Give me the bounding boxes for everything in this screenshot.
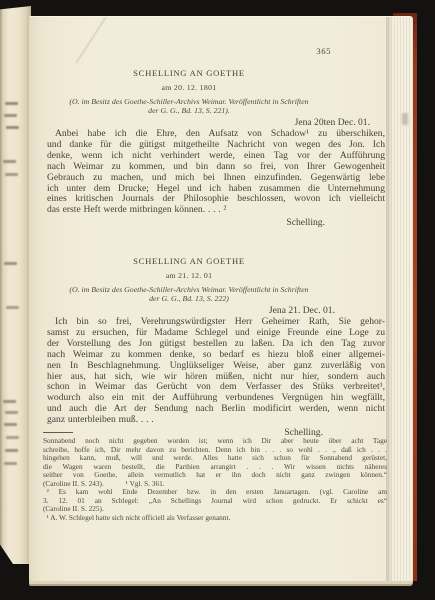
source-note-line: (O. im Besitz des Goethe-Schiller-Archiv… (47, 285, 331, 295)
letter-1-date-heading: am 20. 12. 1801 (47, 83, 331, 92)
letter-2-place-date: Jena 21. Dec. 01. (47, 305, 385, 316)
letter-1-place-date: Jena 20ten Dec. 01. (47, 117, 385, 128)
source-note-line: (O. im Besitz des Goethe-Schiller-Archiv… (47, 97, 331, 107)
letter-1-body: Anbei habe ich die Ehre, den Aufsatz von… (47, 129, 385, 216)
footnotes-block: Sonnabend noch nicht gegeben worden ist;… (43, 437, 387, 522)
source-note-line: der G. G., Bd. 13, S. 221). (47, 106, 331, 116)
body-line: nach Weimar zu kommen denke, so bedarf e… (47, 350, 385, 361)
letter-2-body: Ich bin so frei, Verehrungswürdigster He… (47, 317, 385, 426)
letter-2-date-heading: am 21. 12. 01 (47, 271, 331, 280)
footnote-line: ¹ A. W. Schlegel hatte sich nicht offici… (43, 514, 387, 523)
letter-2-heading: SCHELLING AN GOETHE (47, 256, 331, 266)
body-line: Gebrauch zu machen, und mich bei Ihnen e… (47, 173, 385, 184)
letter-2-source-note: (O. im Besitz des Goethe-Schiller-Archiv… (47, 285, 331, 304)
footnote-separator-rule (43, 432, 73, 433)
body-line: nach Weimar zu kommen, und bin dann so f… (47, 162, 385, 173)
letter-2-header: SCHELLING AN GOETHE am 21. 12. 01 (O. im… (47, 256, 331, 304)
book-page: 365 SCHELLING AN GOETHE am 20. 12. 1801 … (29, 17, 413, 581)
edge-text-marks (5, 102, 18, 105)
page-fore-edge (386, 17, 413, 581)
letter-1-header: SCHELLING AN GOETHE am 20. 12. 1801 (O. … (47, 68, 331, 116)
left-page-edge (0, 6, 31, 564)
letter-1-signature: Schelling. (47, 217, 385, 228)
body-line: nen In Beschlagnehmung. Unglükseliger We… (47, 361, 385, 372)
letter-1-heading: SCHELLING AN GOETHE (47, 68, 331, 78)
fore-edge-smudge (402, 113, 408, 125)
page-crease (75, 17, 107, 63)
letter-1-source-note: (O. im Besitz des Goethe-Schiller-Archiv… (47, 97, 331, 116)
body-line: das erste Heft werde mitbringen können. … (47, 205, 385, 216)
book-photo: 365 SCHELLING AN GOETHE am 20. 12. 1801 … (0, 0, 435, 600)
source-note-line: der G. G., Bd. 13, S. 222) (47, 294, 331, 304)
body-line: ganz unterbleiben muß. . . . (47, 415, 385, 426)
page-number: 365 (316, 46, 331, 56)
